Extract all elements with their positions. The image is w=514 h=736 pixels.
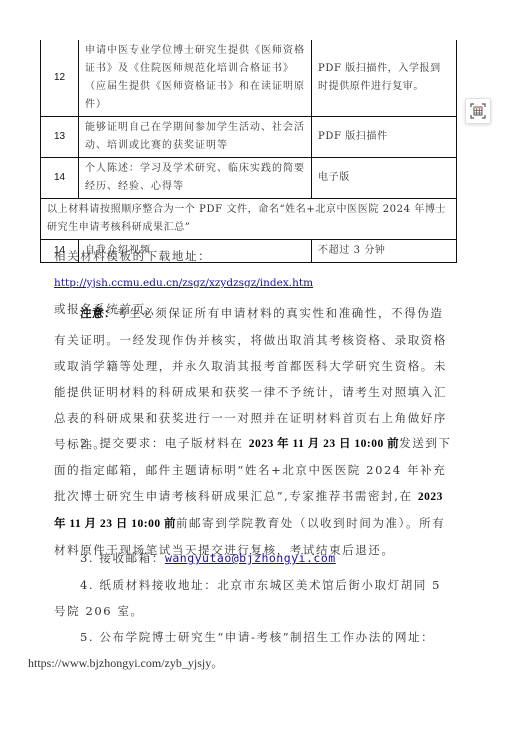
mailing-address: 4. 纸质材料接收地址：北京市东城区美术馆后街小取灯胡同 5 号院 206 室。	[54, 572, 454, 624]
policy-url[interactable]: https://www.bjzhongyi.com/zyb_yjsjy。	[28, 656, 223, 670]
table-merged-row: 以上材料请按照顺序整合为一个 PDF 文件，命名“姓名+北京中医医院 2024 …	[41, 199, 457, 240]
table-row: 12 申请中医专业学位博士研究生提供《医师资格证书》及《住院医师规范化培训合格证…	[41, 40, 457, 117]
email-label: 3. 接收邮箱：	[80, 551, 165, 565]
row-number: 12	[41, 40, 79, 117]
row-format: PDF 版扫描件	[312, 117, 457, 158]
submission-requirements: 2. 提交要求：电子版材料在 2023 年 11 月 23 日 10:00 前发…	[54, 430, 454, 563]
address-text: 4. 纸质材料接收地址：北京市东城区美术馆后街小取灯胡同 5 号院 206 室。	[54, 578, 441, 618]
document-page: 12 申请中医专业学位博士研究生提供《医师资格证书》及《住院医师规范化培训合格证…	[0, 0, 514, 736]
table-row: 13 能够证明自己在学期间参加学生活动、社会活动、培训或比赛的获奖证明等 PDF…	[41, 117, 457, 158]
table-scan-button[interactable]	[465, 98, 491, 124]
deadline-1: 2023 年 11 月 23 日 10:00 前	[249, 438, 399, 450]
row-description: 个人陈述：学习及学术研究、临床实践的简要经历、经验、心得等	[79, 158, 312, 199]
policy-url-paragraph: 5. 公布学院博士研究生“申请-考核”制招生工作办法的网址： https://w…	[54, 624, 454, 676]
submission-text-1: 2. 提交要求：电子版材料在	[80, 436, 249, 450]
merge-instruction: 以上材料请按照顺序整合为一个 PDF 文件，命名“姓名+北京中医医院 2024 …	[41, 199, 457, 240]
row-format: PDF 版扫描件，入学报到时提供原件进行复审。	[312, 40, 457, 117]
policy-url-label: 5. 公布学院博士研究生“申请-考核”制招生工作办法的网址：	[80, 630, 434, 644]
table-scan-icon	[470, 103, 486, 119]
materials-table: 12 申请中医专业学位博士研究生提供《医师资格证书》及《住院医师规范化培训合格证…	[40, 40, 457, 263]
row-description: 能够证明自己在学期间参加学生活动、社会活动、培训或比赛的获奖证明等	[79, 117, 312, 158]
row-description: 申请中医专业学位博士研究生提供《医师资格证书》及《住院医师规范化培训合格证书》（…	[79, 40, 312, 117]
receiving-email: 3. 接收邮箱：wangyutao@bjzhongyi.com	[54, 545, 454, 571]
row-format: 电子版	[312, 158, 457, 199]
download-label: 相关材料模板的下载地址：	[54, 249, 211, 263]
row-number: 14	[41, 158, 79, 199]
table-row: 14 个人陈述：学习及学术研究、临床实践的简要经历、经验、心得等 电子版	[41, 158, 457, 199]
template-download-link[interactable]: http://yjsh.ccmu.edu.cn/zsgz/xzydzsgz/in…	[54, 277, 313, 289]
email-link[interactable]: wangyutao@bjzhongyi.com	[165, 551, 336, 565]
row-number: 13	[41, 117, 79, 158]
notice-label: 注意：	[80, 308, 116, 320]
